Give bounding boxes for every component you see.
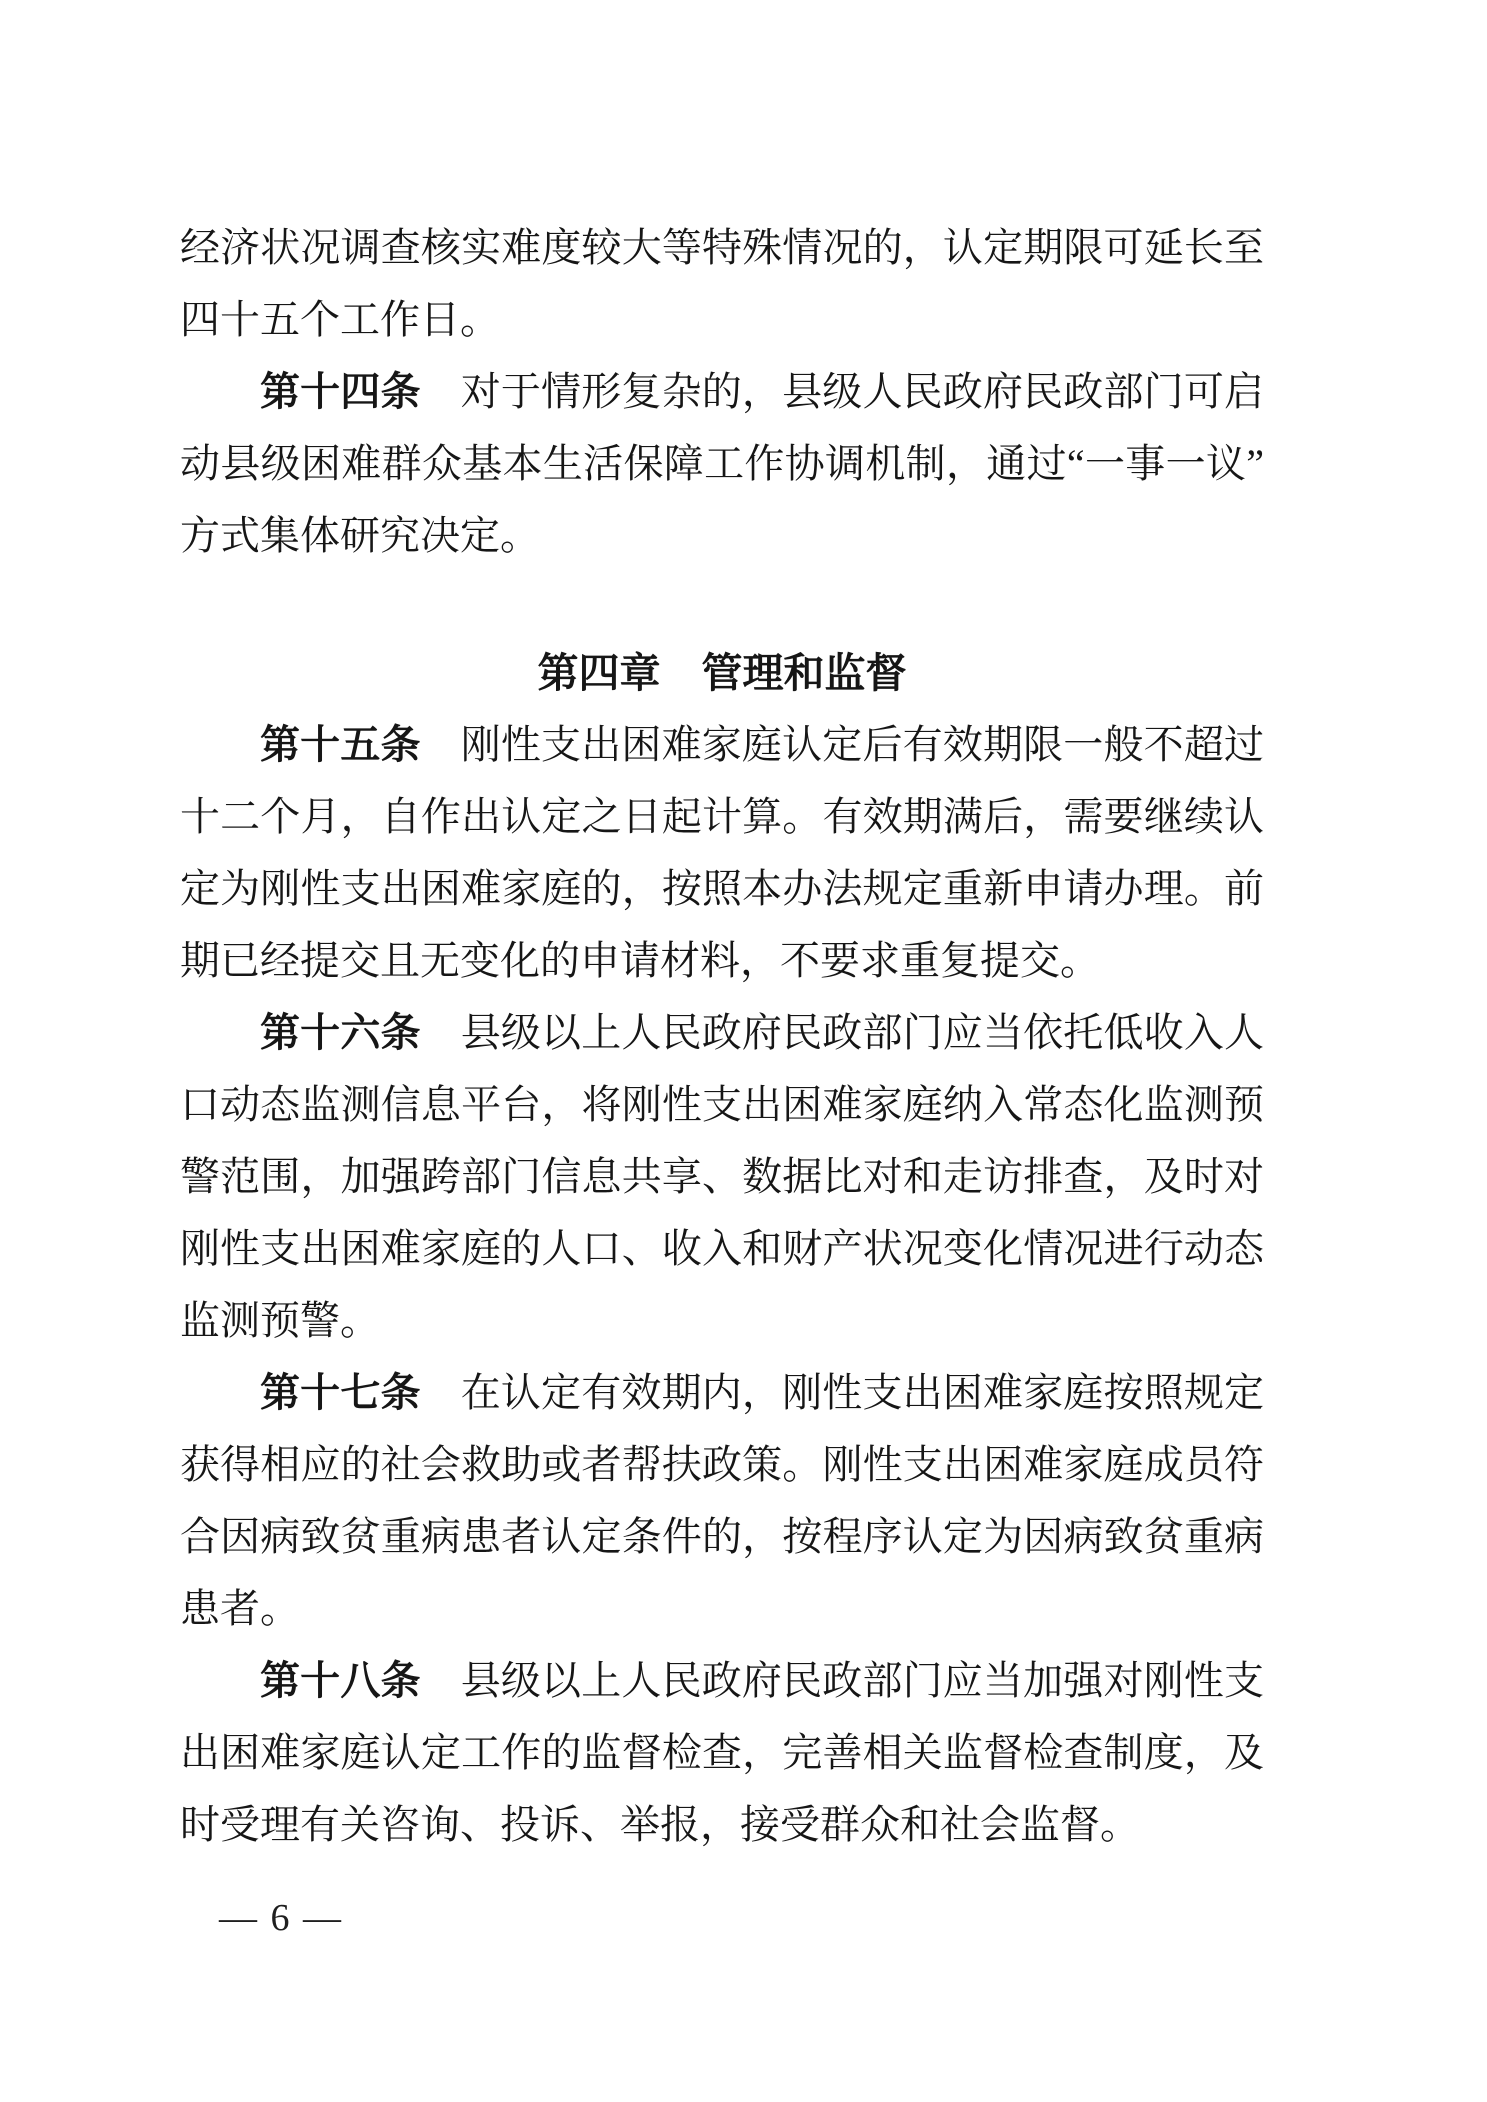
chapter-number: 第四章 [538,650,661,696]
article-15-label: 第十五条 [260,723,421,767]
paragraph-article-17: 第十七条在认定有效期内，刚性支出困难家庭按照规定获得相应的社会救助或者帮扶政策。… [180,1357,1264,1645]
paragraph-article-15: 第十五条刚性支出困难家庭认定后有效期限一般不超过十二个月，自作出认定之日起计算。… [180,709,1264,997]
article-17-label: 第十七条 [260,1371,421,1415]
page-number: — 6 — [219,1896,343,1940]
chapter-title: 管理和监督 [702,650,907,696]
paragraph-article-16: 第十六条县级以上人民政府民政部门应当依托低收入人口动态监测信息平台，将刚性支出困… [180,997,1264,1357]
paragraph-article-18: 第十八条县级以上人民政府民政部门应当加强对刚性支出困难家庭认定工作的监督检查，完… [180,1645,1264,1861]
document-body: 经济状况调查核实难度较大等特殊情况的，认定期限可延长至四十五个工作日。 第十四条… [180,212,1264,1861]
paragraph-article-14: 第十四条对于情形复杂的，县级人民政府民政部门可启动县级困难群众基本生活保障工作协… [180,356,1264,572]
document-page: 经济状况调查核实难度较大等特殊情况的，认定期限可延长至四十五个工作日。 第十四条… [0,0,1487,2102]
paragraph-continuation: 经济状况调查核实难度较大等特殊情况的，认定期限可延长至四十五个工作日。 [180,212,1264,356]
article-16-text: 县级以上人民政府民政部门应当依托低收入人口动态监测信息平台，将刚性支出困难家庭纳… [180,1010,1264,1343]
article-18-label: 第十八条 [260,1659,421,1703]
article-14-label: 第十四条 [260,370,421,414]
chapter-heading: 第四章管理和监督 [180,637,1264,709]
article-16-label: 第十六条 [260,1011,421,1055]
